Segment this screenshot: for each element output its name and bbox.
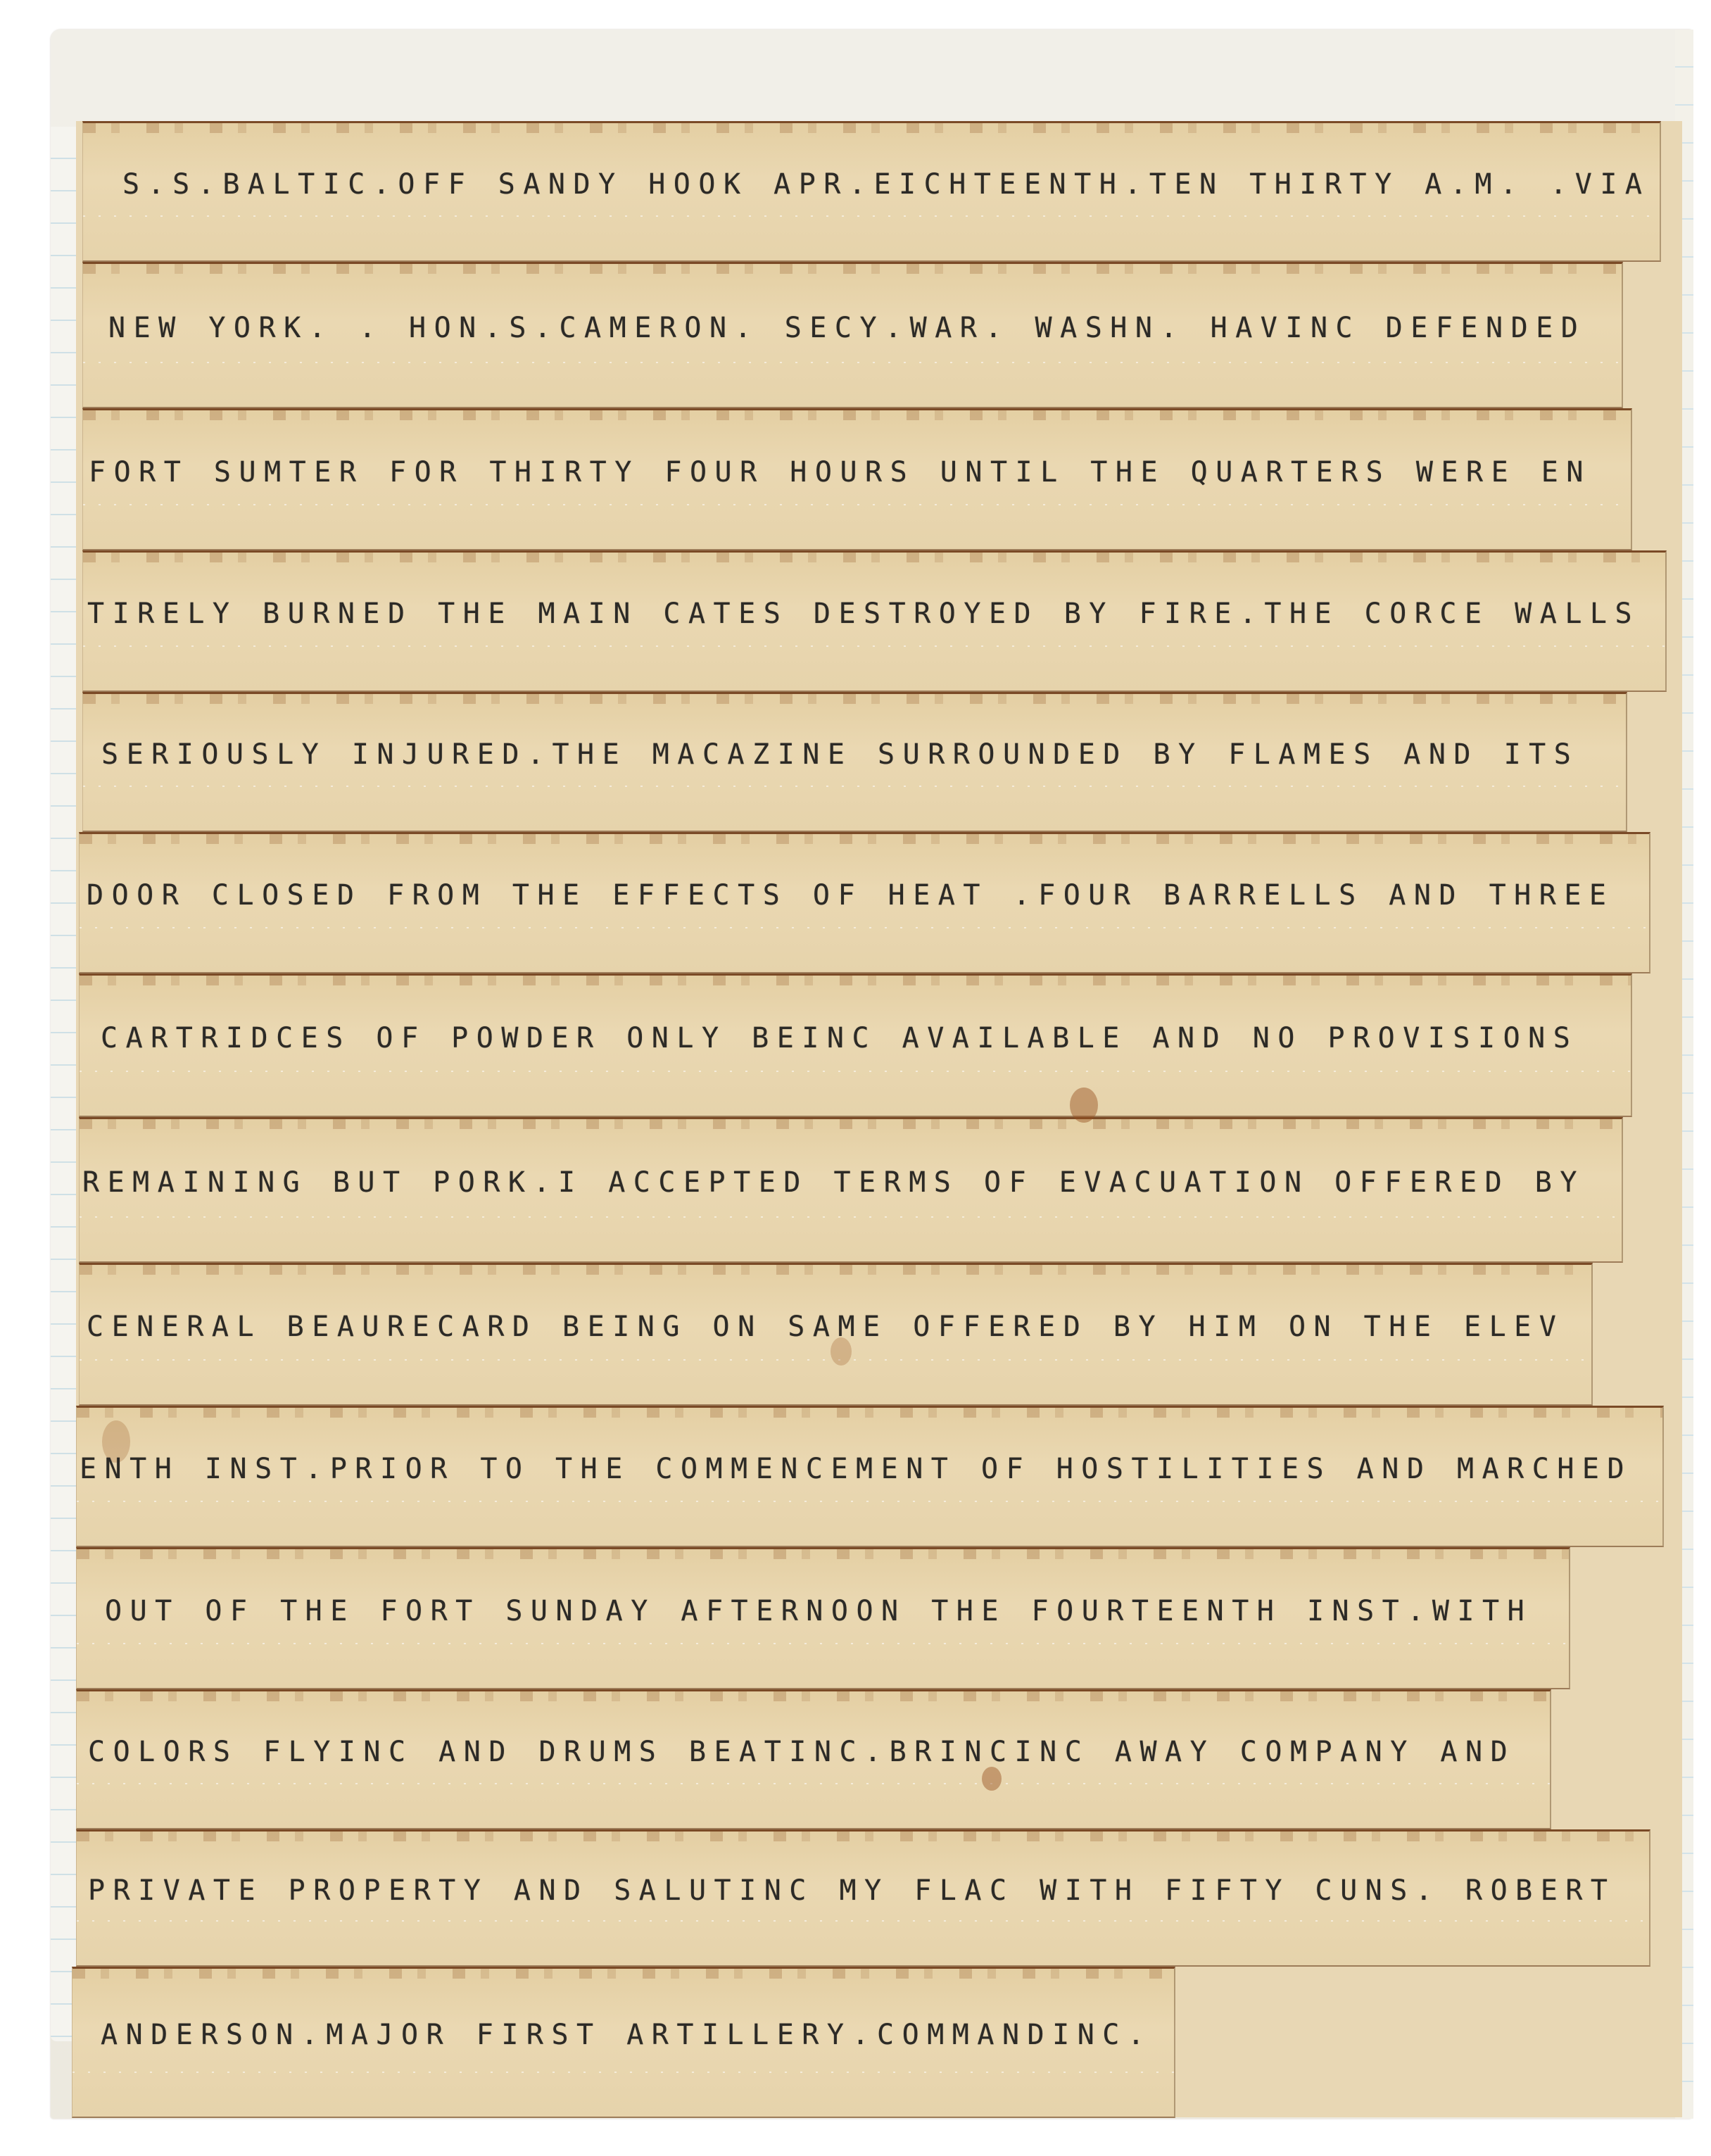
telegram-strip-7: CARTRIDCES OF POWDER ONLY BEINC AVAILABL… [79, 973, 1632, 1117]
telegram-strip-10: ENTH INST.PRIOR TO THE COMMENCEMENT OF H… [76, 1406, 1664, 1547]
telegram-strip-5: SERIOUSLY INJURED.THE MACAZINE SURROUNDE… [82, 692, 1627, 832]
strip-text: ANDERSON.MAJOR FIRST ARTILLERY.COMMANDIN… [101, 2019, 1152, 2051]
strip-text: OUT OF THE FORT SUNDAY AFTERNOON THE FOU… [105, 1595, 1532, 1627]
strip-text: S.S.BALTIC.OFF SANDY HOOK APR.EICHTEENTH… [122, 168, 1650, 201]
backing-lined-paper-left [51, 127, 79, 2041]
telegram-strip-12: COLORS FLYINC AND DRUMS BEATINC.BRINCINC… [76, 1689, 1551, 1829]
telegram-strip-2: NEW YORK. . HON.S.CAMERON. SECY.WAR. WAS… [82, 262, 1623, 408]
telegram-strip-3: FORT SUMTER FOR THIRTY FOUR HOURS UNTIL … [82, 408, 1632, 550]
strip-text: TIRELY BURNED THE MAIN CATES DESTROYED B… [87, 598, 1640, 630]
strip-text: COLORS FLYINC AND DRUMS BEATINC.BRINCINC… [88, 1736, 1515, 1768]
strip-text: SERIOUSLY INJURED.THE MACAZINE SURROUNDE… [101, 738, 1579, 771]
telegram-strip-14: ANDERSON.MAJOR FIRST ARTILLERY.COMMANDIN… [72, 1967, 1175, 2118]
telegram-strip-6: DOOR CLOSED FROM THE EFFECTS OF HEAT .FO… [79, 832, 1650, 973]
telegram-strip-1: S.S.BALTIC.OFF SANDY HOOK APR.EICHTEENTH… [82, 121, 1661, 262]
strip-text: DOOR CLOSED FROM THE EFFECTS OF HEAT .FO… [87, 879, 1615, 912]
strip-text: REMAINING BUT PORK.I ACCEPTED TERMS OF E… [82, 1166, 1585, 1199]
strip-text: CENERAL BEAURECARD BEING ON SAME OFFERED… [87, 1311, 1564, 1343]
telegram-strip-4: TIRELY BURNED THE MAIN CATES DESTROYED B… [82, 550, 1667, 692]
strip-text: NEW YORK. . HON.S.CAMERON. SECY.WAR. WAS… [108, 312, 1586, 344]
strip-text: PRIVATE PROPERTY AND SALUTINC MY FLAC WI… [88, 1874, 1616, 1907]
telegram-strip-11: OUT OF THE FORT SUNDAY AFTERNOON THE FOU… [76, 1547, 1570, 1689]
telegram-strip-9: CENERAL BEAURECARD BEING ON SAME OFFERED… [79, 1263, 1593, 1406]
strip-text: FORT SUMTER FOR THIRTY FOUR HOURS UNTIL … [89, 456, 1591, 488]
strip-text: ENTH INST.PRIOR TO THE COMMENCEMENT OF H… [80, 1453, 1632, 1485]
strip-text: CARTRIDCES OF POWDER ONLY BEINC AVAILABL… [101, 1022, 1578, 1054]
telegram-strip-13: PRIVATE PROPERTY AND SALUTINC MY FLAC WI… [76, 1829, 1650, 1967]
telegram-strip-8: REMAINING BUT PORK.I ACCEPTED TERMS OF E… [79, 1117, 1623, 1263]
